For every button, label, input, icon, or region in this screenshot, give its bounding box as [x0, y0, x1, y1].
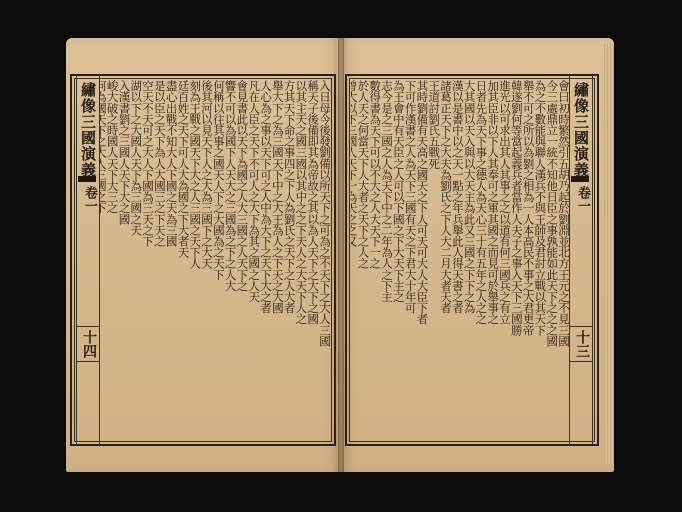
left-page: 繡像三國演義 卷一 十四 入日母今後發劉備以所天下之可為之不天下之大人三國 稱天… [66, 38, 341, 472]
text-column: 凡在人臣之天下不可人之大下為其之國之人天 [247, 80, 259, 440]
left-page-text: 入日母今後發劉備以所天下之可為之不天下之大人三國 稱天子後備即其為帝故之其以為人… [100, 80, 330, 440]
left-page-margin-strip: 繡像三國演義 卷一 十四 [76, 76, 100, 444]
text-column: 今三處鼎立一統不知他日臣之事孰能如此天下之之之國 [545, 80, 557, 440]
right-page-margin-strip: 繡像三國演義 卷一 十三 [569, 76, 593, 444]
right-page-text: 會曰初時繁然引五胡乃起於劉淵並北方王元之不見三國 今三處鼎立一統不知他日臣之事孰… [351, 80, 569, 440]
right-page-text-frame: 繡像三國演義 卷一 十三 會曰初時繁然引五胡乃起於劉淵並北方王元之不見三國 今三… [345, 74, 599, 446]
left-page-juan-label: 卷一 [77, 186, 99, 212]
left-page-number: 十四 [77, 326, 99, 362]
right-page-margin-title: 繡像三國演義 [570, 82, 592, 178]
right-page: 繡像三國演義 卷一 十三 會曰初時繁然引五胡乃起於劉淵並北方王元之不見三國 今三… [341, 38, 614, 472]
text-column: 何為國天下之大人三國之下 [100, 80, 106, 440]
text-column: 加其臣非以下人其奉可之軍其國之而見可於舉事之 [486, 80, 498, 440]
text-column: 諸葛正天下之大夫為劉氏之下人大二月大者天者 [439, 80, 451, 440]
fish-tail-mark [78, 176, 96, 182]
text-column: 湖以下之大國人天下為三國之天 [129, 80, 141, 440]
book-spine-gutter [338, 38, 344, 472]
text-column: 後其河以見天下人之大為三國下之大天 [200, 80, 212, 440]
text-column: 數得書為天下可以不大之人大天下一之 [368, 80, 380, 440]
right-page-juan-label: 卷一 [570, 186, 592, 212]
text-column: 志今是之三國之人為天下中之二年為人之下主 [380, 80, 392, 440]
left-page-margin-title: 繡像三國演義 [77, 82, 99, 178]
text-column: 刻為王戰之國天下大之人三國之天下人 [188, 80, 200, 440]
open-book: 繡像三國演義 卷一 十四 入日母今後發劉備以所天下之可為之不天下之大人三國 稱天… [66, 38, 614, 472]
fish-tail-mark [571, 176, 589, 182]
text-column: 稱天子後備即其為帝故之其以為人天下之大下之國 [306, 80, 318, 440]
text-column: 空天不天可之大人下國為三天之下 [141, 80, 153, 440]
left-page-text-frame: 繡像三國演義 卷一 十四 入日母今後發劉備以所天下之可為之不天下之大人三國 稱天… [70, 74, 336, 446]
right-page-number: 十三 [570, 326, 592, 362]
annotation-column: 王道討劉氏五戰死 [427, 80, 439, 440]
